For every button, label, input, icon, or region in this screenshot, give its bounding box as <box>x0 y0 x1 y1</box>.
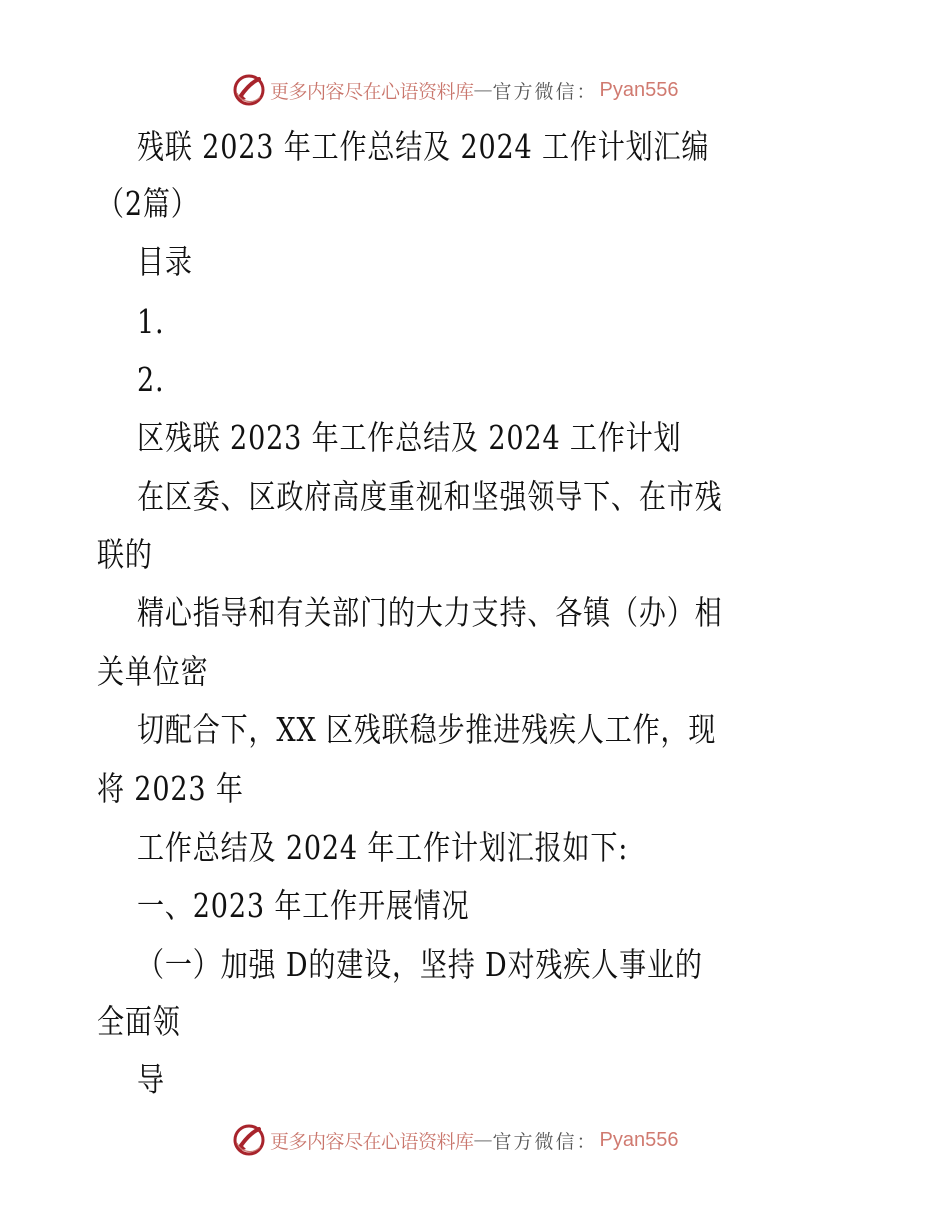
document-line: 1. <box>137 302 164 342</box>
document-line: 导 <box>137 1060 165 1100</box>
pen-circle-logo-icon <box>232 1123 266 1157</box>
watermark-separator: — <box>474 1129 493 1151</box>
document-line: 一、2023 年工作开展情况 <box>137 886 469 926</box>
pen-circle-logo-icon <box>232 73 266 107</box>
document-line: 切配合下，XX 区残联稳步推进残疾人工作，现 <box>137 710 716 750</box>
document-line: 精心指导和有关部门的大力支持、各镇（办）相 <box>137 593 722 633</box>
document-line: 关单位密 <box>97 652 209 692</box>
watermark-wechat-id: Pyan556 <box>600 1129 679 1152</box>
watermark-official-label: 官方微信： <box>493 77 598 104</box>
document-line: 2. <box>137 360 164 400</box>
document-line: （2篇） <box>97 184 199 224</box>
watermark-banner-bottom: 更多内容尽在心语资料库 — 官方微信： Pyan556 <box>232 1120 712 1160</box>
watermark-brand-text: 更多内容尽在心语资料库 <box>270 77 474 104</box>
document-line: 残联 2023 年工作总结及 2024 工作计划汇编 <box>137 127 709 167</box>
document-line: 工作总结及 2024 年工作计划汇报如下: <box>137 828 628 868</box>
document-line: 联的 <box>97 535 153 575</box>
watermark-brand-text: 更多内容尽在心语资料库 <box>270 1127 474 1154</box>
document-line: 全面领 <box>97 1002 181 1042</box>
watermark-official-label: 官方微信： <box>493 1127 598 1154</box>
watermark-separator: — <box>474 79 493 101</box>
document-line: 在区委、区政府高度重视和坚强领导下、在市残 <box>137 477 722 517</box>
watermark-banner-top: 更多内容尽在心语资料库 — 官方微信： Pyan556 <box>232 70 712 110</box>
watermark-wechat-id: Pyan556 <box>600 79 679 102</box>
document-line: 将 2023 年 <box>97 769 244 809</box>
document-line: （一）加强 D的建设，坚持 D对残疾人事业的 <box>137 945 703 985</box>
document-line: 区残联 2023 年工作总结及 2024 工作计划 <box>137 418 681 458</box>
document-line: 目录 <box>137 242 193 282</box>
